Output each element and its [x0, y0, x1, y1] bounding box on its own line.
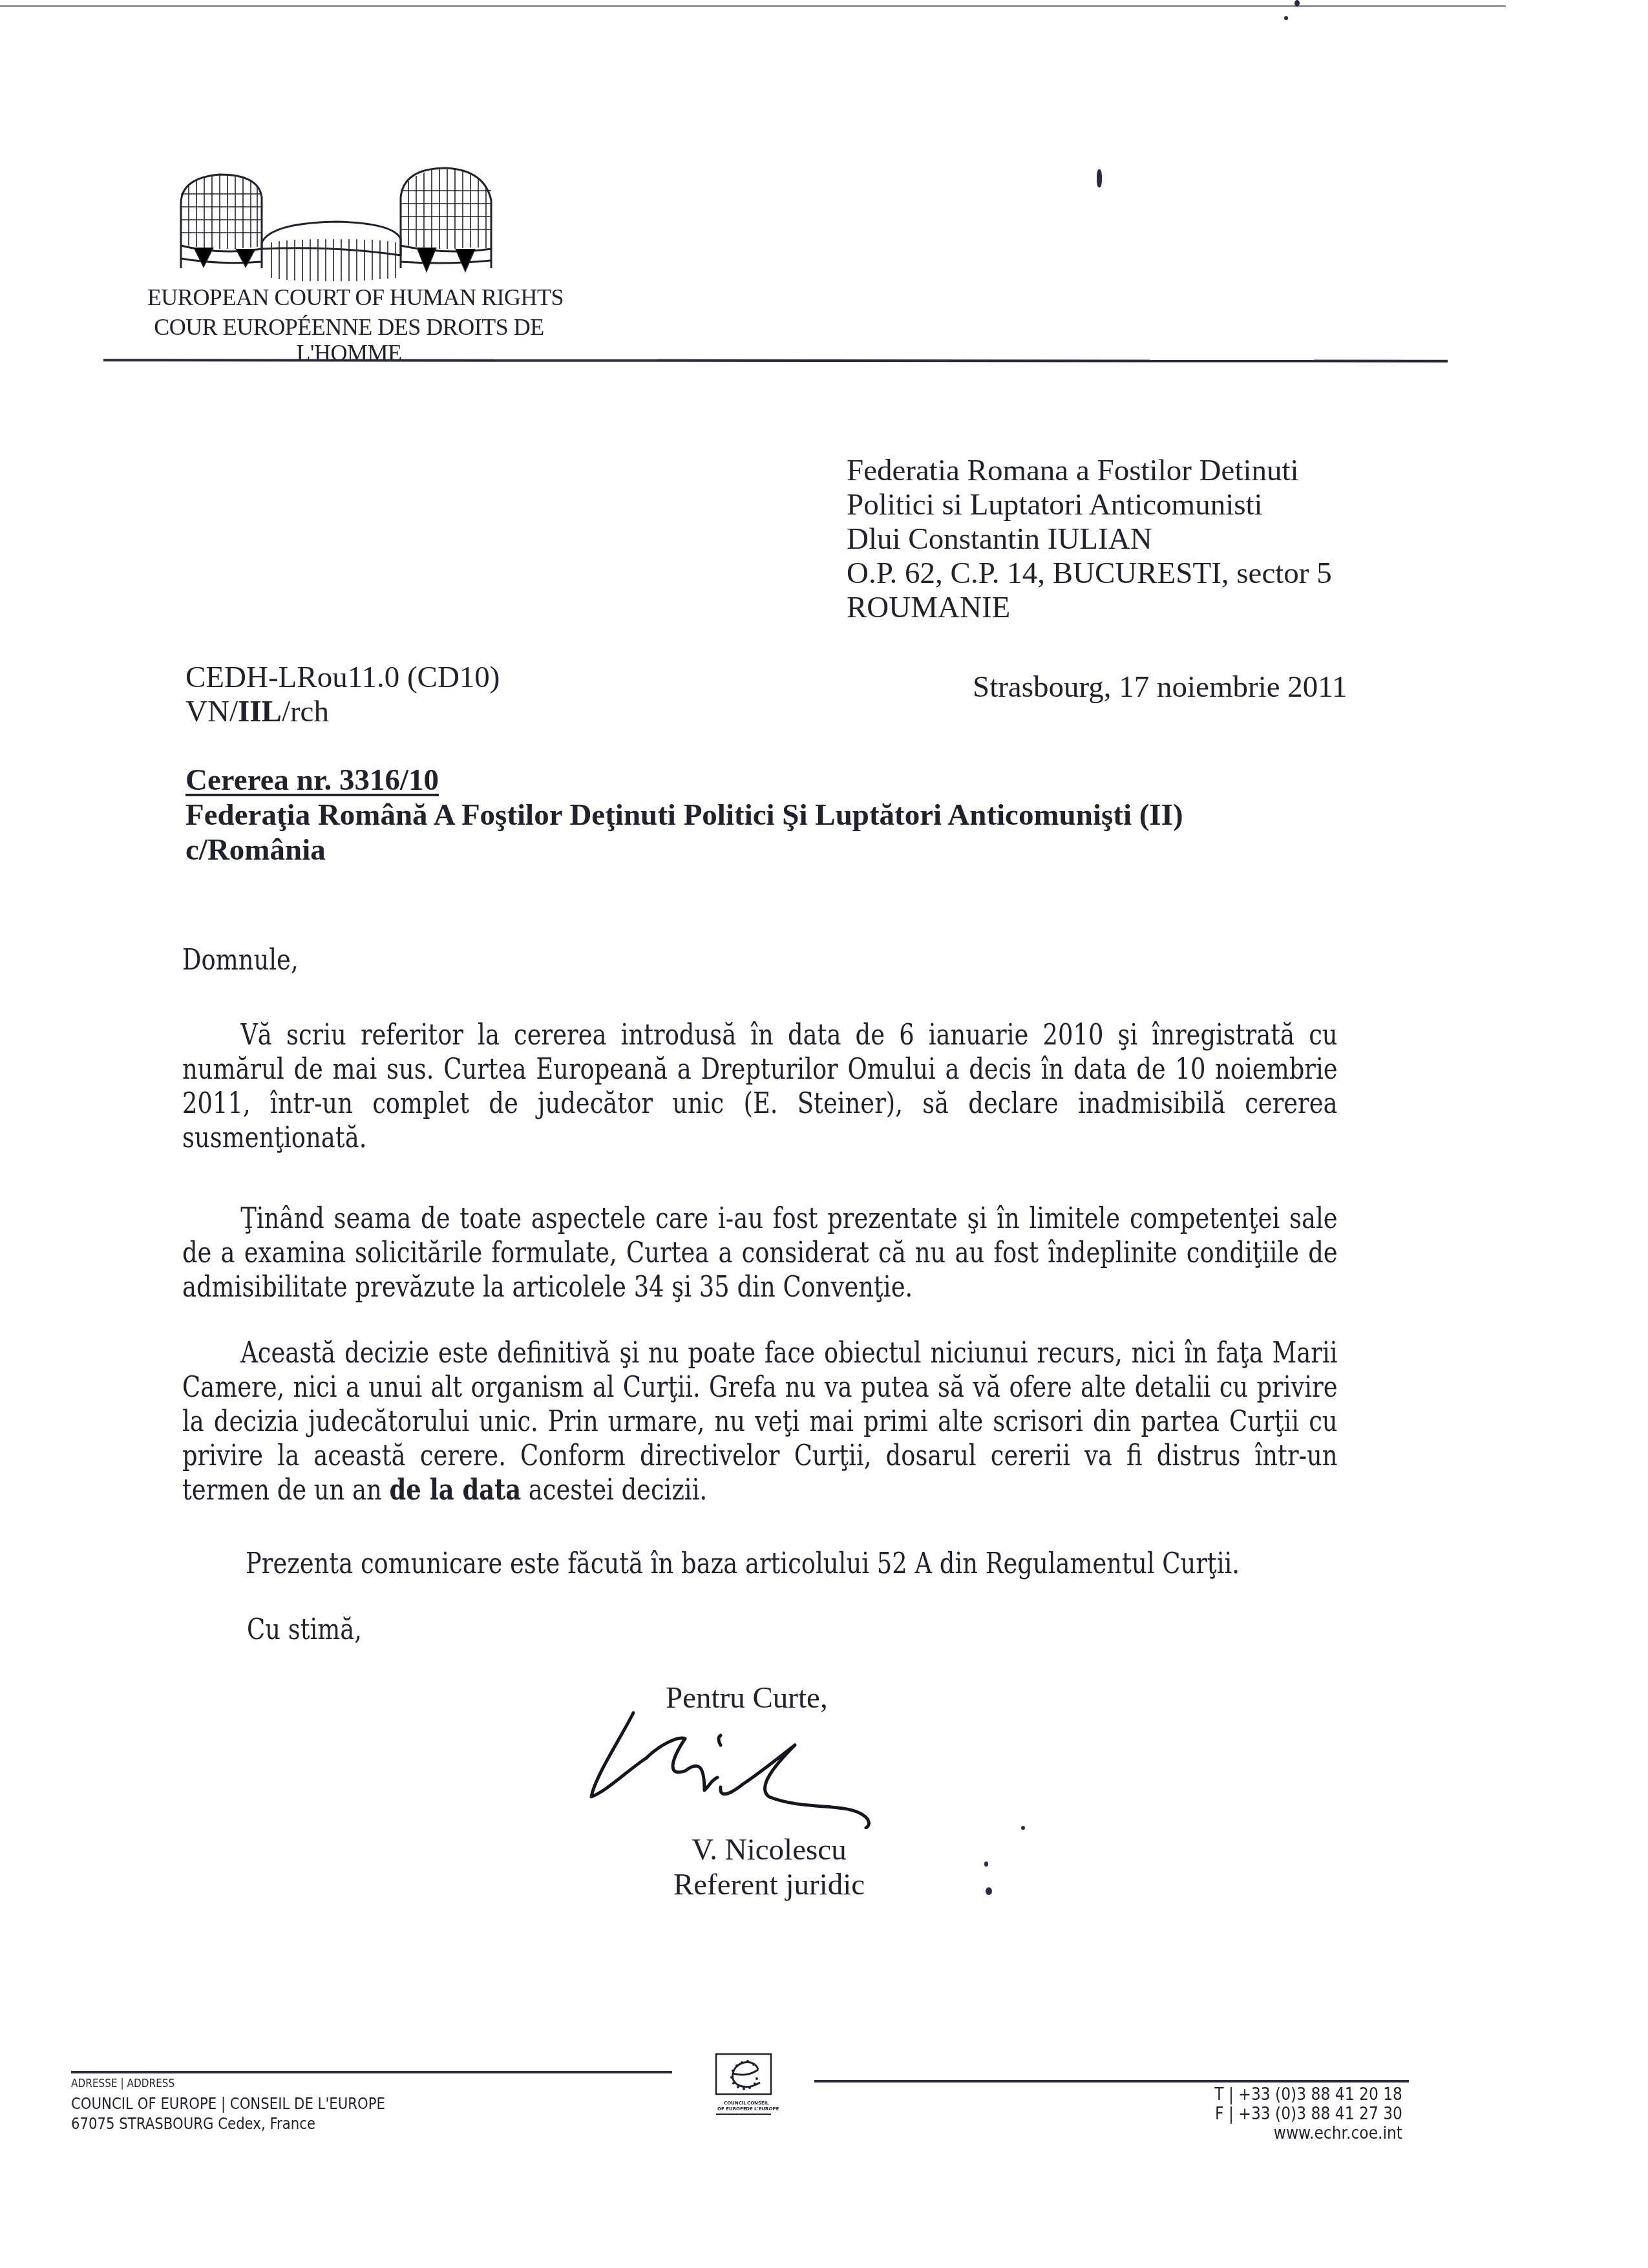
scan-top-edge: [0, 5, 1506, 7]
court-name-french: COUR EUROPÉENNE DES DROITS DE L'HOMME: [103, 314, 595, 366]
organization-name: COUNCIL OF EUROPE | CONSEIL DE L'EUROPE: [71, 2093, 385, 2114]
court-name-english: EUROPEAN COURT OF HUMAN RIGHTS: [123, 284, 588, 310]
recipient-line: Politici si Luptatori Anticomunisti: [847, 488, 1332, 522]
body-paragraph: Prezenta comunicare este făcută în baza …: [246, 1546, 1401, 1580]
body-paragraph: Ţinând seama de toate aspectele care i-a…: [182, 1201, 1338, 1304]
case-respondent: c/România: [185, 832, 1183, 867]
council-of-europe-logo-icon: COUNCIL OF EUROPE CONSEIL DE L'EUROPE: [690, 2051, 797, 2132]
signature-for-label: Pentru Curte,: [666, 1680, 828, 1715]
footer-address: ADRESSE | ADDRESS COUNCIL OF EUROPE | CO…: [71, 2073, 385, 2134]
website-link[interactable]: www.echr.coe.int: [1036, 2124, 1402, 2143]
subject-block: Cererea nr. 3316/10 Federaţia Română A F…: [185, 763, 1183, 867]
logo-caption-en: COUNCIL: [724, 2101, 746, 2106]
signatory-name: V. Nicolescu: [653, 1832, 885, 1867]
signatory-role: Referent juridic: [653, 1867, 885, 1902]
reference-block: CEDH-LRou11.0 (CD10) VN/IIL/rch: [185, 661, 500, 729]
reference-code: CEDH-LRou11.0 (CD10): [185, 661, 500, 695]
recipient-line: ROUMANIE: [847, 591, 1332, 625]
letter-date: Strasbourg, 17 noiembrie 2011: [973, 670, 1347, 705]
phone-number: T | +33 (0)3 88 41 20 18: [1036, 2085, 1402, 2104]
case-parties: Federaţia Română A Foştilor Deţinuti Pol…: [185, 798, 1183, 832]
recipient-line: O.P. 62, C.P. 14, BUCURESTI, sector 5: [847, 556, 1332, 591]
court-building-icon: [174, 165, 523, 284]
city-line: 67075 STRASBOURG Cedex, France: [71, 2114, 385, 2134]
footer-divider-right: [814, 2080, 1409, 2083]
recipient-line: Federatia Romana a Fostilor Detinuti: [847, 454, 1332, 488]
footer-contact: T | +33 (0)3 88 41 20 18 F | +33 (0)3 88…: [1036, 2085, 1402, 2143]
recipient-line: Dlui Constantin IULIAN: [847, 522, 1332, 556]
fax-number: F | +33 (0)3 88 41 27 30: [1036, 2104, 1402, 2124]
recipient-address: Federatia Romana a Fostilor Detinuti Pol…: [847, 454, 1332, 625]
address-label: ADRESSE | ADDRESS: [71, 2073, 385, 2093]
body-paragraph: Această decizie este definitivă şi nu po…: [182, 1335, 1338, 1507]
body-paragraph: Vă scriu referitor la cererea introdusă …: [182, 1017, 1338, 1154]
case-number: Cererea nr. 3316/10: [185, 763, 439, 797]
salutation: Domnule,: [182, 942, 299, 977]
closing: Cu stimă,: [247, 1612, 362, 1646]
reference-initials: VN/IIL/rch: [185, 695, 500, 729]
svg-text:OF EUROPE: OF EUROPE: [717, 2106, 746, 2112]
handwritten-signature-icon: [582, 1700, 918, 1829]
svg-text:DE L'EUROPE: DE L'EUROPE: [746, 2106, 779, 2112]
logo-caption-fr: CONSEIL: [747, 2101, 769, 2106]
